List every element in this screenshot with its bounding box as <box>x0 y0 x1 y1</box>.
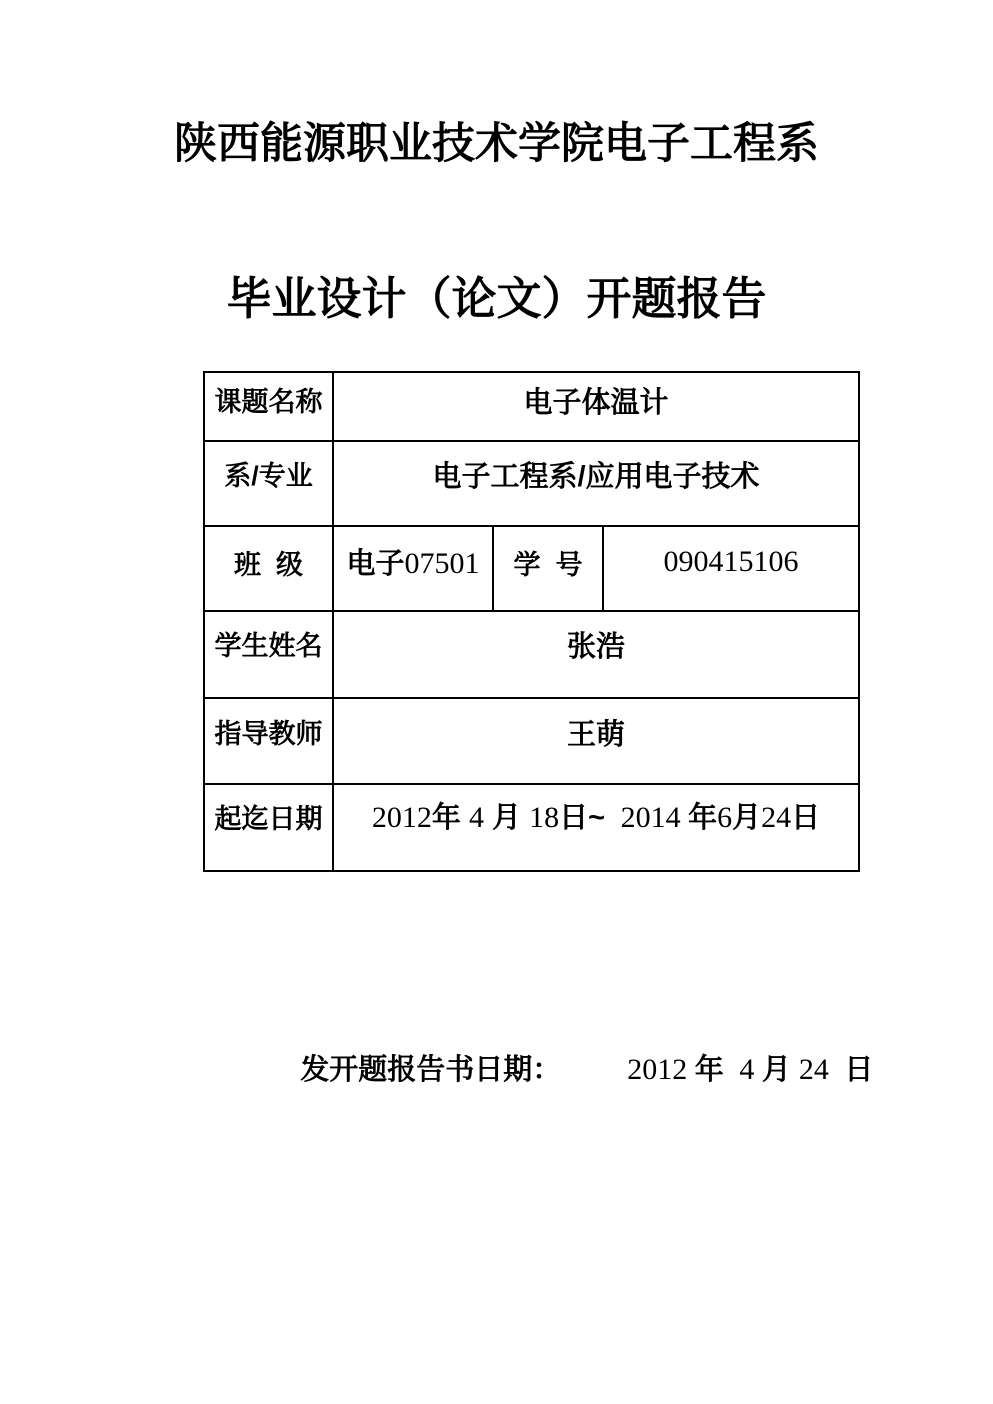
institution-title: 陕西能源职业技术学院电子工程系 <box>0 110 993 171</box>
topic-value: 电子体温计 <box>333 372 859 441</box>
row-student-name: 学生姓名 张浩 <box>204 611 859 698</box>
department-label: 系/专业 <box>204 441 333 526</box>
student-name-label: 学生姓名 <box>204 611 333 698</box>
row-department: 系/专业 电子工程系/应用电子技术 <box>204 441 859 526</box>
report-title: 毕业设计（论文）开题报告 <box>0 262 993 327</box>
row-advisor: 指导教师 王萌 <box>204 698 859 784</box>
class-value-prefix: 电子 <box>346 548 404 580</box>
row-class-id: 班 级 电子07501 学 号 090415106 <box>204 526 859 611</box>
department-value: 电子工程系/应用电子技术 <box>333 441 859 526</box>
issue-date-line: 发开题报告书日期：2012 年 4 月 24 日 <box>268 1014 873 1121</box>
class-value-number: 07501 <box>405 547 480 580</box>
student-id-label: 学 号 <box>493 526 603 611</box>
row-topic: 课题名称 电子体温计 <box>204 372 859 441</box>
student-id-value: 090415106 <box>603 526 859 611</box>
date-range-label: 起迄日期 <box>204 784 333 871</box>
issue-date-value: 2012 年 4 月 24 日 <box>627 1054 873 1086</box>
advisor-label: 指导教师 <box>204 698 333 784</box>
topic-label: 课题名称 <box>204 372 333 441</box>
row-date-range: 起迄日期 2012年 4 月 18日~ 2014 年6月24日 <box>204 784 859 871</box>
date-range-value: 2012年 4 月 18日~ 2014 年6月24日 <box>333 784 859 871</box>
advisor-value: 王萌 <box>333 698 859 784</box>
class-label: 班 级 <box>204 526 333 611</box>
info-table: 课题名称 电子体温计 系/专业 电子工程系/应用电子技术 班 级 电子07501… <box>203 371 860 872</box>
issue-date-label: 发开题报告书日期： <box>300 1054 561 1086</box>
class-value: 电子07501 <box>333 526 493 611</box>
document-page: 陕西能源职业技术学院电子工程系 毕业设计（论文）开题报告 课题名称 电子体温计 … <box>0 0 993 1404</box>
student-name-value: 张浩 <box>333 611 859 698</box>
